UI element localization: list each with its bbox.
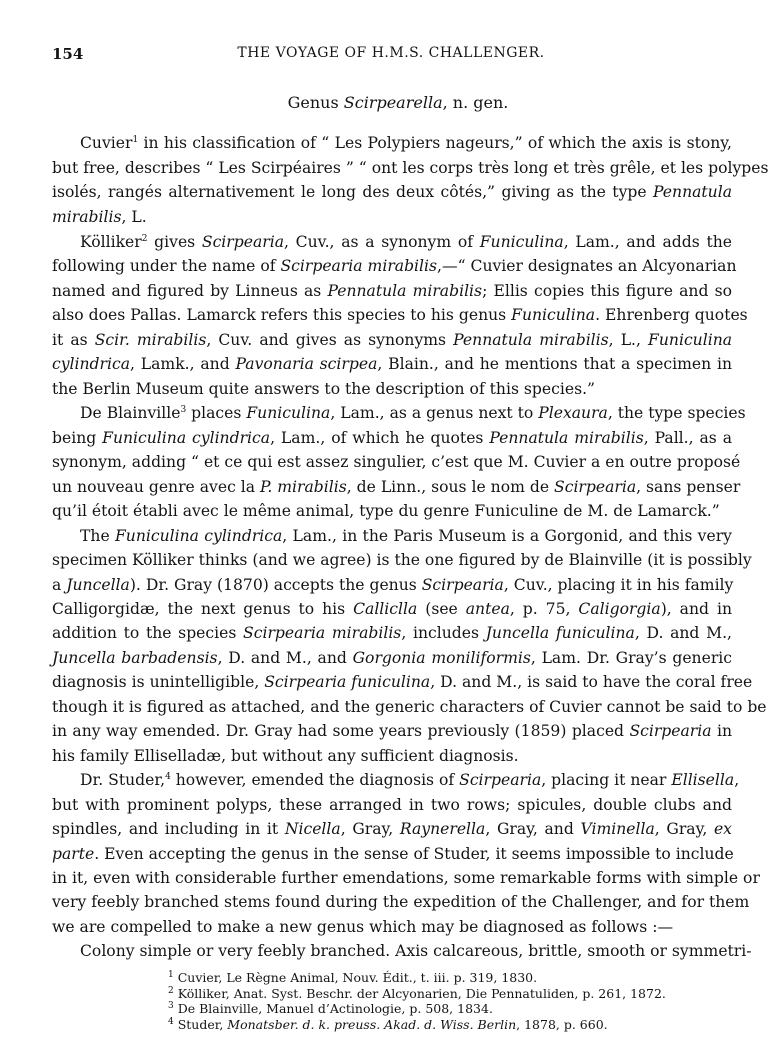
text-line: also does Pallas. Lamarck refers this sp…	[52, 303, 732, 327]
text-line: cylindrica, Lamk., and Pavonaria scirpea…	[52, 352, 732, 376]
section-title-prefix: Genus	[288, 93, 344, 112]
text-line: mirabilis, L.	[52, 205, 732, 229]
text-line: diagnosis is unintelligible, Scirpearia …	[52, 670, 732, 694]
text-line: addition to the species Scirpearia mirab…	[52, 621, 732, 645]
section-title-suffix: , n. gen.	[443, 93, 509, 112]
text-line: very feebly branched stems found during …	[52, 890, 732, 914]
text-line: in any way emended. Dr. Gray had some ye…	[52, 719, 732, 743]
text-line: Kölliker2 gives Scirpearia, Cuv., as a s…	[80, 230, 732, 254]
text-line: specimen Kölliker thinks (and we agree) …	[52, 548, 732, 572]
text-line: Calligorgidæ, the next genus to his Call…	[52, 597, 732, 621]
text-line: De Blainville3 places Funiculina, Lam., …	[80, 401, 732, 425]
text-line: the Berlin Museum quite answers to the d…	[52, 377, 732, 401]
text-line: in it, even with considerable further em…	[52, 866, 732, 890]
section-title: Genus Scirpearella, n. gen.	[0, 93, 776, 112]
text-line: named and figured by Linneus as Pennatul…	[52, 279, 732, 303]
running-head: THE VOYAGE OF H.M.S. CHALLENGER.	[52, 45, 730, 61]
text-line: following under the name of Scirpearia m…	[52, 254, 732, 278]
text-line: a Juncella). Dr. Gray (1870) accepts the…	[52, 573, 732, 597]
section-title-genus: Scirpearella	[344, 93, 443, 112]
text-line: un nouveau genre avec la P. mirabilis, d…	[52, 475, 732, 499]
text-line: Cuvier1 in his classification of “ Les P…	[80, 131, 732, 155]
document-page: 154 THE VOYAGE OF H.M.S. CHALLENGER. Gen…	[0, 0, 776, 1050]
text-line: qu’il étoit établi avec le même animal, …	[52, 499, 732, 523]
text-line: parte. Even accepting the genus in the s…	[52, 842, 732, 866]
text-line: his family Elliselladæ, but without any …	[52, 744, 732, 768]
text-line: spindles, and including in it Nicella, G…	[52, 817, 732, 841]
page-header: 154 THE VOYAGE OF H.M.S. CHALLENGER.	[52, 45, 730, 67]
text-line: isolés, rangés alternativement le long d…	[52, 180, 732, 204]
text-line: Dr. Studer,4 however, emended the diagno…	[80, 768, 732, 792]
text-line: synonym, adding “ et ce qui est assez si…	[52, 450, 732, 474]
text-line: Juncella barbadensis, D. and M., and Gor…	[52, 646, 732, 670]
footnote: 3 De Blainville, Manuel d’Actinologie, p…	[168, 1001, 493, 1016]
text-line: it as Scir. mirabilis, Cuv. and gives as…	[52, 328, 732, 352]
text-line: Colony simple or very feebly branched. A…	[80, 939, 732, 963]
text-line: but with prominent polyps, these arrange…	[52, 793, 732, 817]
text-line: being Funiculina cylindrica, Lam., of wh…	[52, 426, 732, 450]
footnote: 2 Kölliker, Anat. Syst. Beschr. der Alcy…	[168, 986, 666, 1001]
text-line: The Funiculina cylindrica, Lam., in the …	[80, 524, 732, 548]
footnote: 1 Cuvier, Le Règne Animal, Nouv. Édit., …	[168, 970, 537, 985]
text-line: though it is figured as attached, and th…	[52, 695, 732, 719]
text-line: we are compelled to make a new genus whi…	[52, 915, 732, 939]
text-line: but free, describes “ Les Scirpéaires ” …	[52, 156, 732, 180]
footnote: 4 Studer, Monatsber. d. k. preuss. Akad.…	[168, 1017, 608, 1032]
